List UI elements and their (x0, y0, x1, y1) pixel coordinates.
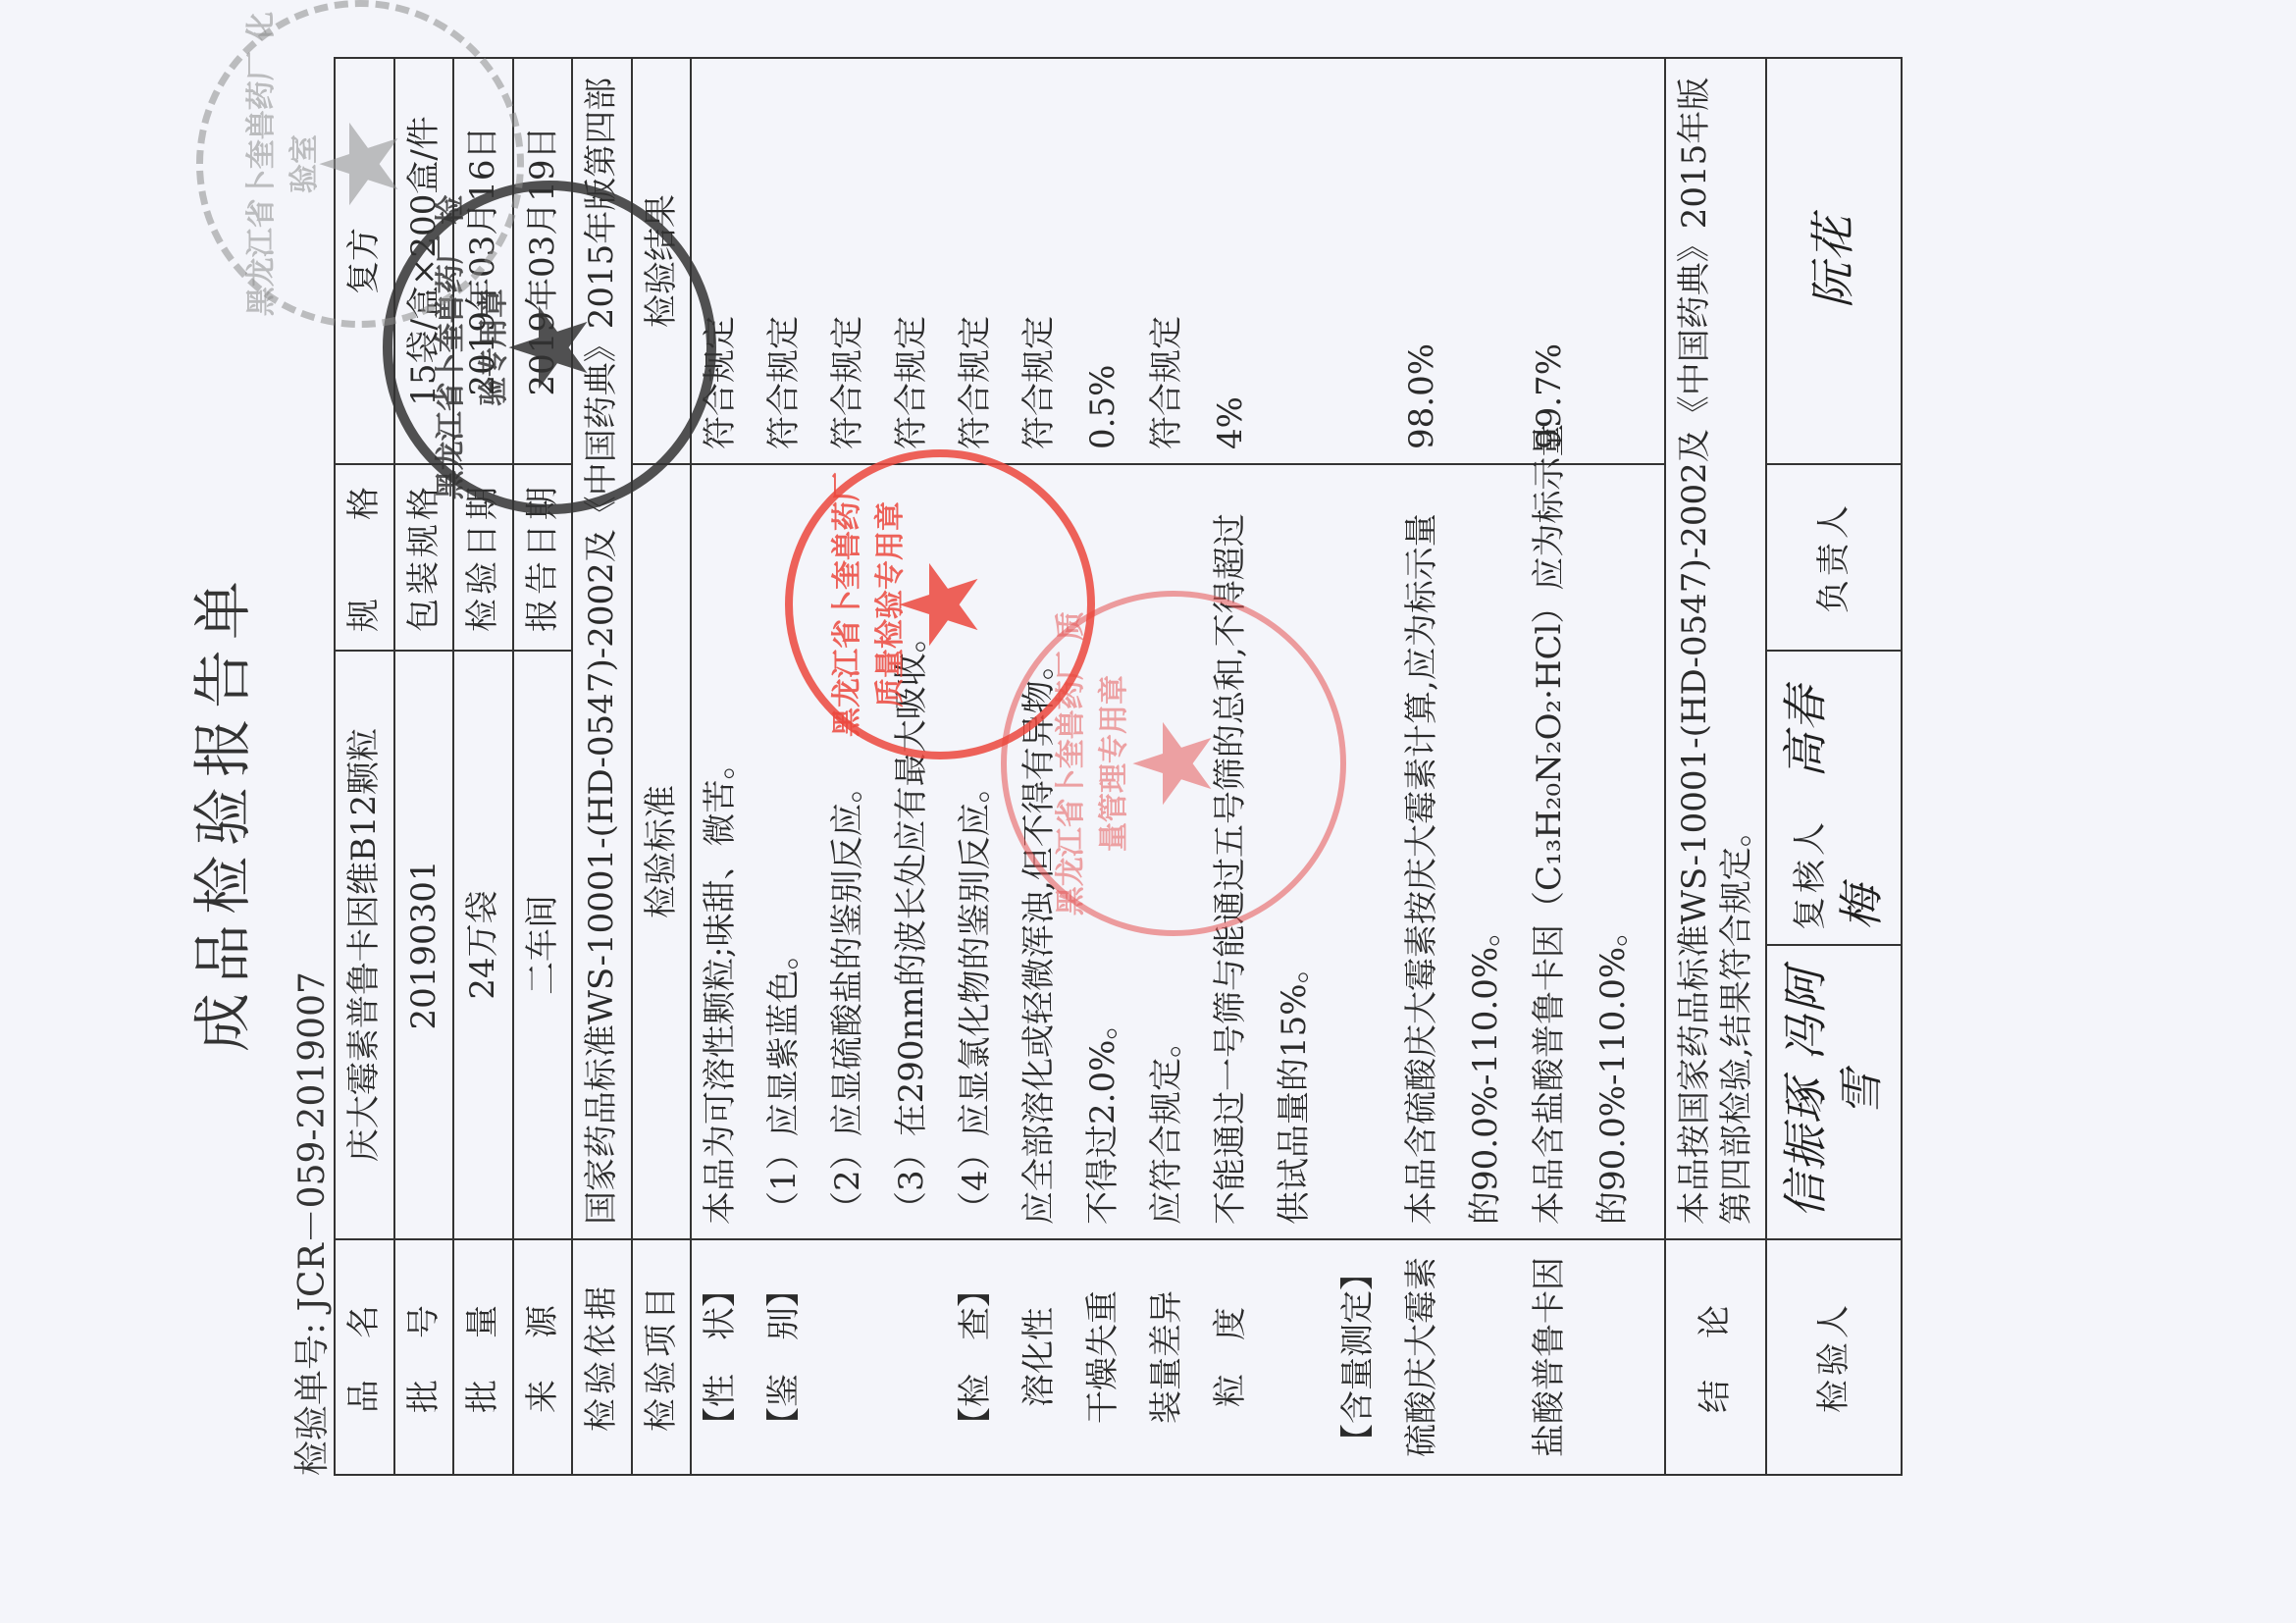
test-result: 符合规定 (827, 73, 891, 449)
test-standard: （2）应显硫酸盐的鉴别反应。 (827, 479, 891, 1225)
signature-row: 检验人 信振琢 冯阿雪 复核人 高春梅 负责人 阮花 (1766, 58, 1902, 1475)
test-items-column: 【性 状】【鉴 别】【检 查】溶化性干燥失重装量差异粒 度【含量测定】硫酸庆大霉… (691, 1239, 1665, 1475)
responsible-label: 负责人 (1766, 464, 1902, 651)
test-item: 硫酸庆大霉素 (1401, 1254, 1465, 1460)
report-title: 成品检验报告单 (177, 0, 261, 1623)
responsible-signature: 阮花 (1766, 58, 1902, 464)
test-standard: （3）在290nm的波长处应有最大吸收。 (891, 479, 955, 1225)
test-standard: 应全部溶化或轻微浑浊,但不得有异物。 (1018, 479, 1082, 1225)
test-result (1337, 73, 1401, 449)
source-label: 来 源 (513, 1239, 573, 1475)
package-spec-value: 15袋/盒×200盒/件 (394, 58, 454, 464)
conclusion-label: 结 论 (1665, 1239, 1766, 1475)
test-item (1274, 1254, 1337, 1460)
test-standard: （1）应显紫蓝色。 (763, 479, 827, 1225)
test-standard: 本品为可溶性颗粒;味甜、微苦。 (700, 479, 763, 1225)
test-result: 0.5% (1082, 73, 1146, 449)
column-standard-header: 检验标准 (632, 464, 692, 1239)
report-date-label: 报告日期 (513, 464, 573, 651)
test-standard: 不能通过一号筛与能通过五号筛的总和,不得超过 (1210, 479, 1274, 1225)
column-item-header: 检验项目 (632, 1239, 692, 1475)
test-item: 粒 度 (1210, 1254, 1274, 1460)
test-item: 装量差异 (1146, 1254, 1210, 1460)
test-item: 【检 查】 (955, 1254, 1018, 1460)
basis-row: 检验依据 国家药品标准WS-10001-(HD-0547)-2002及《中国药典… (572, 58, 632, 1475)
test-item (827, 1254, 891, 1460)
test-standard: 的90.0%-110.0%。 (1592, 479, 1656, 1225)
test-item: 【含量测定】 (1337, 1254, 1401, 1460)
header-row-batch: 批 号 20190301 包装规格 15袋/盒×200盒/件 (394, 58, 454, 1475)
test-standards-column: 本品为可溶性颗粒;味甜、微苦。（1）应显紫蓝色。（2）应显硫酸盐的鉴别反应。（3… (691, 464, 1665, 1239)
header-row-source: 来 源 二车间 报告日期 2019年03月19日 (513, 58, 573, 1475)
test-standard: 本品含硫酸庆大霉素按庆大霉素计算,应为标示量 (1401, 479, 1465, 1225)
batch-no-label: 批 号 (394, 1239, 454, 1475)
report-number-label: 检验单号: (292, 1323, 333, 1476)
test-result: 98.0% (1401, 73, 1465, 449)
test-result (1592, 73, 1656, 449)
test-results-column: 符合规定符合规定符合规定符合规定符合规定符合规定0.5%符合规定4%98.0%9… (691, 58, 1665, 464)
report-number-value: JCR－059-2019007 (292, 971, 333, 1311)
report-date-value: 2019年03月19日 (513, 58, 573, 464)
test-item: 【鉴 别】 (763, 1254, 827, 1460)
test-standard: 本品含盐酸普鲁卡因（C₁₃H₂₀N₂O₂·HCl）应为标示量 (1529, 479, 1592, 1225)
test-standard: （4）应显氯化物的鉴别反应。 (955, 479, 1018, 1225)
test-result: 符合规定 (955, 73, 1018, 449)
test-standard: 不得过2.0%。 (1082, 479, 1146, 1225)
product-name-value: 庆大霉素普鲁卡因维B12颗粒 (335, 651, 394, 1239)
batch-size-value: 24万袋 (453, 651, 513, 1239)
inspection-table: 品 名 庆大霉素普鲁卡因维B12颗粒 规 格 复方 批 号 20190301 包… (334, 57, 1903, 1476)
header-row-product: 品 名 庆大霉素普鲁卡因维B12颗粒 规 格 复方 (335, 58, 394, 1475)
test-result: 符合规定 (1146, 73, 1210, 449)
spec-value: 复方 (335, 58, 394, 464)
test-item (1465, 1254, 1529, 1460)
test-body-row: 【性 状】【鉴 别】【检 查】溶化性干燥失重装量差异粒 度【含量测定】硫酸庆大霉… (691, 58, 1665, 1475)
test-standard: 应符合规定。 (1146, 479, 1210, 1225)
test-result: 符合规定 (1018, 73, 1082, 449)
test-result: 符合规定 (891, 73, 955, 449)
test-item: 溶化性 (1018, 1254, 1082, 1460)
test-result: 99.7% (1529, 73, 1592, 449)
reviewer-label: 复核人 (1791, 818, 1830, 930)
batch-size-label: 批 量 (453, 1239, 513, 1475)
report-number: 检验单号: JCR－059-2019007 (285, 971, 335, 1476)
product-name-label: 品 名 (335, 1239, 394, 1475)
test-result: 4% (1210, 73, 1274, 449)
package-spec-label: 包装规格 (394, 464, 454, 651)
test-result (1274, 73, 1337, 449)
conclusion-row: 结 论 本品按国家药品标准WS-10001-(HD-0547)-2002及《中国… (1665, 58, 1766, 1475)
conclusion-line-1: 本品按国家药品标准WS-10001-(HD-0547)-2002及《中国药典》2… (1674, 73, 1716, 1225)
basis-value: 国家药品标准WS-10001-(HD-0547)-2002及《中国药典》2015… (572, 58, 632, 1239)
test-result: 符合规定 (763, 73, 827, 449)
header-row-quantity: 批 量 24万袋 检验日期 2019年03月16日 (453, 58, 513, 1475)
test-standard: 供试品量的15%。 (1274, 479, 1337, 1225)
test-item: 【性 状】 (700, 1254, 763, 1460)
test-item (1592, 1254, 1656, 1460)
conclusion-line-2: 第四部检验,结果符合规定。 (1716, 73, 1758, 1225)
basis-label: 检验依据 (572, 1239, 632, 1475)
test-result: 符合规定 (700, 73, 763, 449)
test-item: 盐酸普鲁卡因 (1529, 1254, 1592, 1460)
reviewer-cell: 复核人 高春梅 (1766, 651, 1902, 945)
test-standard: 的90.0%-110.0%。 (1465, 479, 1529, 1225)
test-item (891, 1254, 955, 1460)
report-page: 成品检验报告单 检验单号: JCR－059-2019007 品 名 庆大霉素普鲁… (0, 0, 2296, 1623)
column-result-header: 检验结果 (632, 58, 692, 464)
source-value: 二车间 (513, 651, 573, 1239)
test-item: 干燥失重 (1082, 1254, 1146, 1460)
inspector-label: 检验人 (1766, 1239, 1902, 1475)
inspection-date-value: 2019年03月16日 (453, 58, 513, 464)
column-header-row: 检验项目 检验标准 检验结果 (632, 58, 692, 1475)
test-result (1465, 73, 1529, 449)
inspection-date-label: 检验日期 (453, 464, 513, 651)
conclusion-text: 本品按国家药品标准WS-10001-(HD-0547)-2002及《中国药典》2… (1665, 58, 1766, 1239)
batch-no-value: 20190301 (394, 651, 454, 1239)
spec-label: 规 格 (335, 464, 394, 651)
test-standard (1337, 479, 1401, 1225)
inspector-signature: 信振琢 冯阿雪 (1766, 945, 1902, 1239)
